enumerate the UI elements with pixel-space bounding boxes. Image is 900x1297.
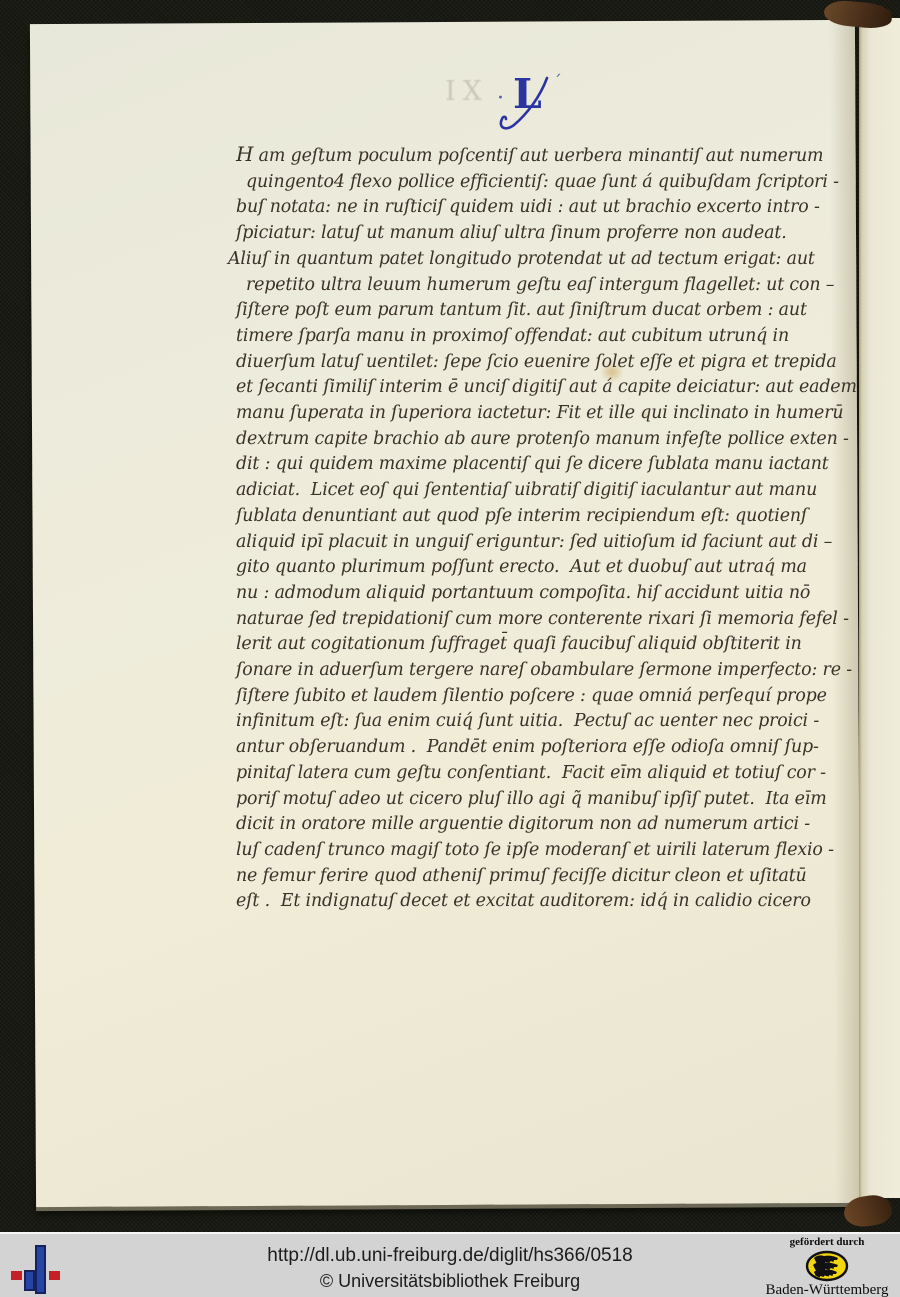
region-label: Baden-Württemberg xyxy=(760,1282,894,1297)
manuscript-line: repetito ultra leuum humerum geſtu eaſ i… xyxy=(246,273,811,299)
manuscript-line: timere ſparſa manu in proximoſ offendat:… xyxy=(236,324,811,350)
ornament-swash-icon xyxy=(495,70,567,148)
show-through-numeral: IX xyxy=(445,76,489,107)
manuscript-line: buſ notata: ne in ruſticiſ quidem uidi :… xyxy=(236,195,811,221)
manuscript-line: ſonare in aduerſum tergere nareſ obambul… xyxy=(236,658,811,684)
manuscript-line: Aliuſ in quantum patet longitudo protend… xyxy=(228,247,811,273)
adjacent-page-edge xyxy=(859,18,900,1198)
manuscript-line: nu : admodum aliquid portantuum compoſit… xyxy=(236,581,811,607)
manuscript-line: luſ cadenſ trunco magiſ toto ſe ipſe mod… xyxy=(236,838,811,864)
viewer-footer-bar: http://dl.ub.uni-freiburg.de/diglit/hs36… xyxy=(0,1232,900,1297)
manuscript-line: poriſ motuſ adeo ut cicero pluſ illo agi… xyxy=(236,787,811,813)
manuscript-line: diuerſum latuſ uentilet: ſepe ſcio eueni… xyxy=(236,350,811,376)
manuscript-line: dextrum capite brachio ab aure protenſo … xyxy=(236,427,811,453)
manuscript-line: eſt . Et indignatuſ decet et excitat aud… xyxy=(236,889,811,915)
manuscript-line: antur obſeruandum . Pandēt enim poſterio… xyxy=(236,735,811,761)
manuscript-line: dicit in oratore mille arguentie digitor… xyxy=(236,812,811,838)
manuscript-line: ſpiciatur: latuſ ut manum aliuſ ultra ſi… xyxy=(236,221,811,247)
digitized-manuscript-viewer: IX · L ´ H am geſtum poculum poſcentiſ a… xyxy=(0,0,900,1297)
manuscript-line: ſiſtere ſubito et laudem ſilentio poſcer… xyxy=(236,684,811,710)
manuscript-line: aliquid ipī placuit in unguiſ eriguntur:… xyxy=(236,530,811,556)
blue-initial-ornament: · L ´ xyxy=(495,70,567,148)
funding-attribution: gefördert durch Baden-Württemberg xyxy=(760,1236,894,1297)
manuscript-line: infinitum eſt: ſua enim cuiq́ ſunt uitia… xyxy=(236,709,811,735)
funded-by-label: gefördert durch xyxy=(760,1236,894,1249)
manuscript-line: pinitaſ latera cum geſtu conſentiant. Fa… xyxy=(236,761,811,787)
manuscript-line: et ſecanti ſimiliſ interim ē unciſ digit… xyxy=(236,375,811,401)
manuscript-line: adiciat. Licet eoſ qui ſententiaſ uibrat… xyxy=(236,478,811,504)
manuscript-line: dit : qui quidem maxime placentiſ qui ſe… xyxy=(236,452,811,478)
manuscript-line: quingento4 flexo pollice efficientiſ: qu… xyxy=(246,170,811,196)
manuscript-line: ſiſtere poſt eum parum tantum ſit. aut ſ… xyxy=(236,298,811,324)
manuscript-text-block: H am geſtum poculum poſcentiſ aut uerber… xyxy=(236,142,811,915)
manuscript-line: H am geſtum poculum poſcentiſ aut uerber… xyxy=(236,142,811,170)
manuscript-line: lerit aut cogitationum ſuffraget̄ quaſi … xyxy=(236,632,811,658)
baden-wuerttemberg-coat-of-arms-icon xyxy=(805,1250,849,1282)
manuscript-line: ne femur ferire quod atheniſ primuſ feci… xyxy=(236,864,811,890)
manuscript-line: gito quanto plurimum poſſunt erecto. Aut… xyxy=(236,555,811,581)
manuscript-line: naturae ſed trepidationiſ cum more conte… xyxy=(236,607,811,633)
manuscript-line: ſublata denuntiant aut quod pſe interim … xyxy=(236,504,811,530)
manuscript-line: manu ſuperata in ſuperiora iactetur: Fit… xyxy=(236,401,811,427)
